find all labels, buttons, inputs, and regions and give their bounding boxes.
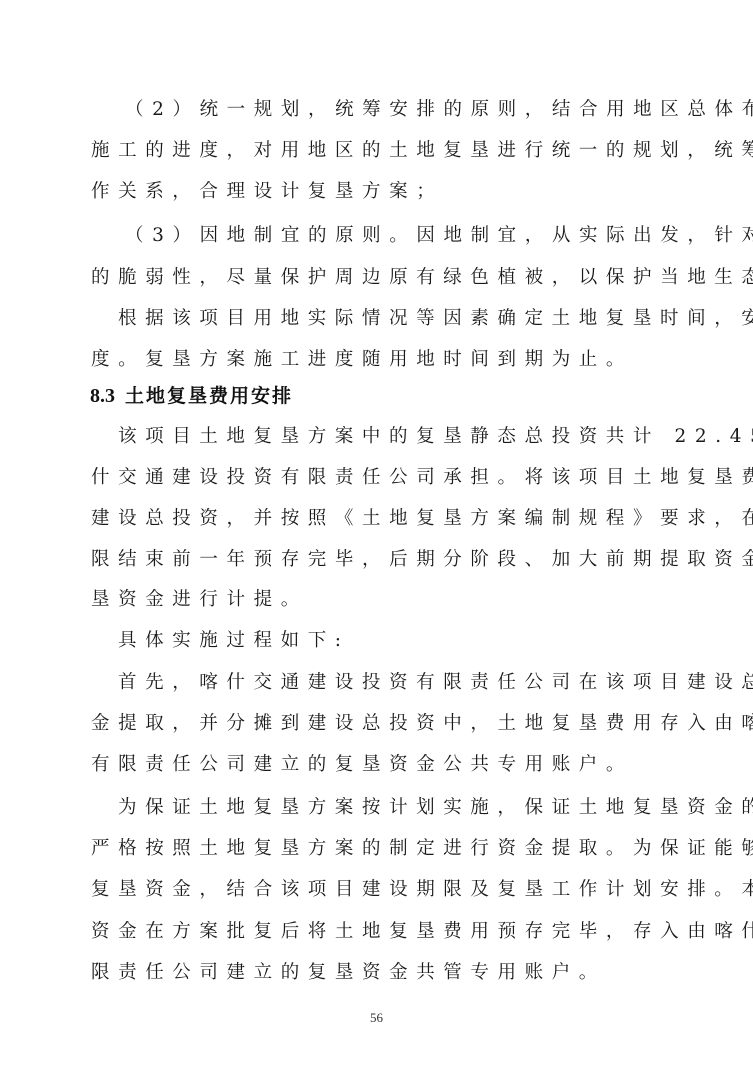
paragraph-line: 限责任公司建立的复垦资金共管专用账户。 — [91, 959, 663, 987]
paragraph-line: 具体实施过程如下: — [118, 627, 690, 655]
section-heading: 8.3土地复垦费用安排 — [90, 381, 293, 411]
paragraph-line: 根据该项目用地实际情况等因素确定土地复垦时间，安排土地复垦进 — [118, 305, 690, 333]
paragraph-line: 资金在方案批复后将土地复垦费用预存完毕，存入由喀什交通建设投资有 — [91, 918, 663, 946]
section-title: 土地复垦费用安排 — [125, 385, 293, 407]
paragraph-line: 有限责任公司建立的复垦资金公共专用账户。 — [91, 751, 663, 779]
paragraph-line: 度。复垦方案施工进度随用地时间到期为止。 — [91, 346, 663, 374]
paragraph-line: 严格按照土地复垦方案的制定进行资金提取。为保证能够足额、提前计提 — [91, 835, 663, 863]
paragraph-line: 的脆弱性，尽量保护周边原有绿色植被，以保护当地生态系统为主要目标。 — [91, 264, 663, 292]
document-page: （2）统一规划，统筹安排的原则，结合用地区总体布置以及铁路便道 施工的进度，对用… — [0, 0, 753, 1066]
paragraph-line: 复垦资金，结合该项目建设期限及复垦工作计划安排。本方案计划将复垦 — [91, 876, 663, 904]
paragraph-line: （3）因地制宜的原则。因地制宜，从实际出发，针对用地区生态系统 — [125, 222, 697, 250]
paragraph-line: 施工的进度，对用地区的土地复垦进行统一的规划，统筹安排各部门的协 — [91, 137, 663, 165]
paragraph-line: 垦资金进行计提。 — [91, 586, 663, 614]
page-number: 56 — [0, 1010, 753, 1026]
paragraph-line: 首先，喀什交通建设投资有限责任公司在该项目建设总投资中进行资 — [118, 669, 690, 697]
paragraph-line: 作关系，合理设计复垦方案； — [91, 178, 663, 206]
paragraph-line: 什交通建设投资有限责任公司承担。将该项目土地复垦费用全额列入项目 — [91, 464, 663, 492]
paragraph-line: 限结束前一年预存完毕，后期分阶段、加大前期提取资金进度的原则对复 — [91, 546, 663, 574]
paragraph-line: 金提取，并分摊到建设总投资中，土地复垦费用存入由喀什交通建设投资 — [91, 710, 663, 738]
paragraph-line: 为保证土地复垦方案按计划实施，保证土地复垦资金的落实，企业将 — [118, 794, 690, 822]
paragraph-line: （2）统一规划，统筹安排的原则，结合用地区总体布置以及铁路便道 — [125, 96, 697, 124]
paragraph-line: 建设总投资，并按照《土地复垦方案编制规程》要求，在项目建设服务年 — [91, 505, 663, 533]
section-number: 8.3 — [90, 385, 115, 407]
paragraph-line: 该项目土地复垦方案中的复垦静态总投资共计 22.45 万元，资金由喀 — [118, 423, 690, 451]
